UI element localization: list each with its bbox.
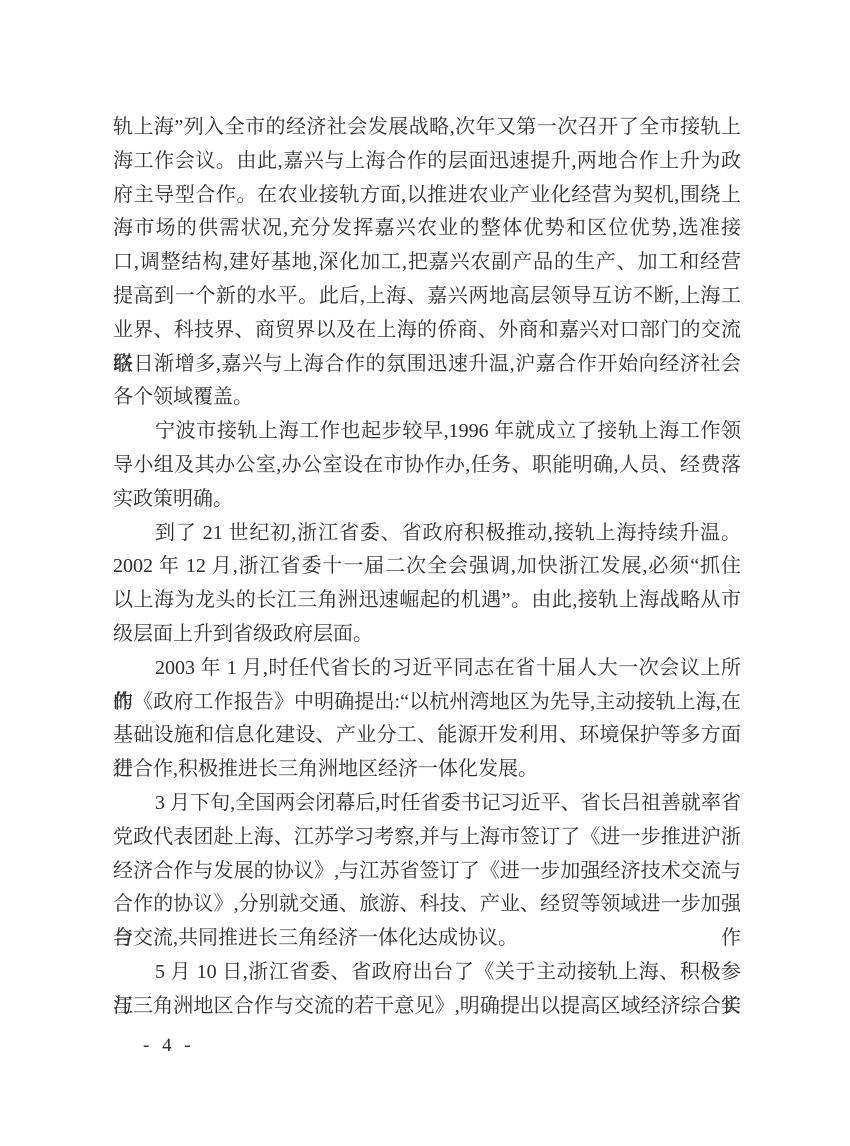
text-line: 的《政府工作报告》中明确提出:“以杭州湾地区为先导,主动接轨上海,在 bbox=[113, 686, 741, 720]
text-line: 2002 年 12 月,浙江省委十一届二次全会强调,加快浙江发展,必须“抓住 bbox=[113, 550, 741, 584]
text-line: 宁波市接轨上海工作也起步较早,1996 年就成立了接轨上海工作领 bbox=[113, 415, 741, 449]
document-page: 轨上海”列入全市的经济社会发展战略,次年又第一次召开了全市接轨上海工作会议。由此… bbox=[0, 0, 850, 1146]
text-line: 以上海为龙头的长江三角洲迅速崛起的机遇”。由此,接轨上海战略从市 bbox=[113, 584, 741, 618]
text-line: 业界、科技界、商贸界以及在上海的侨商、外商和嘉兴对口部门的交流联 bbox=[113, 314, 741, 348]
text-line: 府主导型合作。在农业接轨方面,以推进农业产业化经营为契机,围绕上 bbox=[113, 179, 741, 213]
text-line: 实政策明确。 bbox=[113, 483, 741, 517]
text-line: 导小组及其办公室,办公室设在市协作办,任务、职能明确,人员、经费落 bbox=[113, 449, 741, 483]
text-line: 络日渐增多,嘉兴与上海合作的氛围迅速升温,沪嘉合作开始向经济社会 bbox=[113, 348, 741, 382]
text-line: 江三角洲地区合作与交流的若干意见》,明确提出以提高区域经济综合实 bbox=[113, 990, 741, 1024]
text-line: 2003 年 1 月,时任代省长的习近平同志在省十届人大一次会议上所作 bbox=[113, 652, 741, 686]
text-line: 基础设施和信息化建设、产业分工、能源开发利用、环境保护等多方面进 bbox=[113, 719, 741, 753]
text-line: 海工作会议。由此,嘉兴与上海合作的层面迅速提升,两地合作上升为政 bbox=[113, 145, 741, 179]
body-text: 轨上海”列入全市的经济社会发展战略,次年又第一次召开了全市接轨上海工作会议。由此… bbox=[113, 111, 741, 1024]
text-line: 级层面上升到省级政府层面。 bbox=[113, 618, 741, 652]
text-line: 3 月下旬,全国两会闭幕后,时任省委书记习近平、省长吕祖善就率省 bbox=[113, 787, 741, 821]
text-line: 海市场的供需状况,充分发挥嘉兴农业的整体优势和区位优势,选准接 bbox=[113, 212, 741, 246]
text-line: 到了 21 世纪初,浙江省委、省政府积极推动,接轨上海持续升温。 bbox=[113, 517, 741, 551]
text-line: 口,调整结构,建好基地,深化加工,把嘉兴农副产品的生产、加工和经营 bbox=[113, 246, 741, 280]
page-number: - 4 - bbox=[143, 1035, 195, 1057]
text-line: 行合作,积极推进长三角洲地区经济一体化发展。 bbox=[113, 753, 741, 787]
text-line: 提高到一个新的水平。此后,上海、嘉兴两地高层领导互访不断,上海工 bbox=[113, 280, 741, 314]
text-line: 各个领域覆盖。 bbox=[113, 381, 741, 415]
text-line: 经济合作与发展的协议》,与江苏省签订了《进一步加强经济技术交流与 bbox=[113, 855, 741, 889]
text-line: 轨上海”列入全市的经济社会发展战略,次年又第一次召开了全市接轨上 bbox=[113, 111, 741, 145]
text-line: 5 月 10 日,浙江省委、省政府出台了《关于主动接轨上海、积极参与长 bbox=[113, 956, 741, 990]
text-line: 党政代表团赴上海、江苏学习考察,并与上海市签订了《进一步推进沪浙 bbox=[113, 821, 741, 855]
text-line: 合作的协议》,分别就交通、旅游、科技、产业、经贸等领域进一步加强合作 bbox=[113, 888, 741, 922]
